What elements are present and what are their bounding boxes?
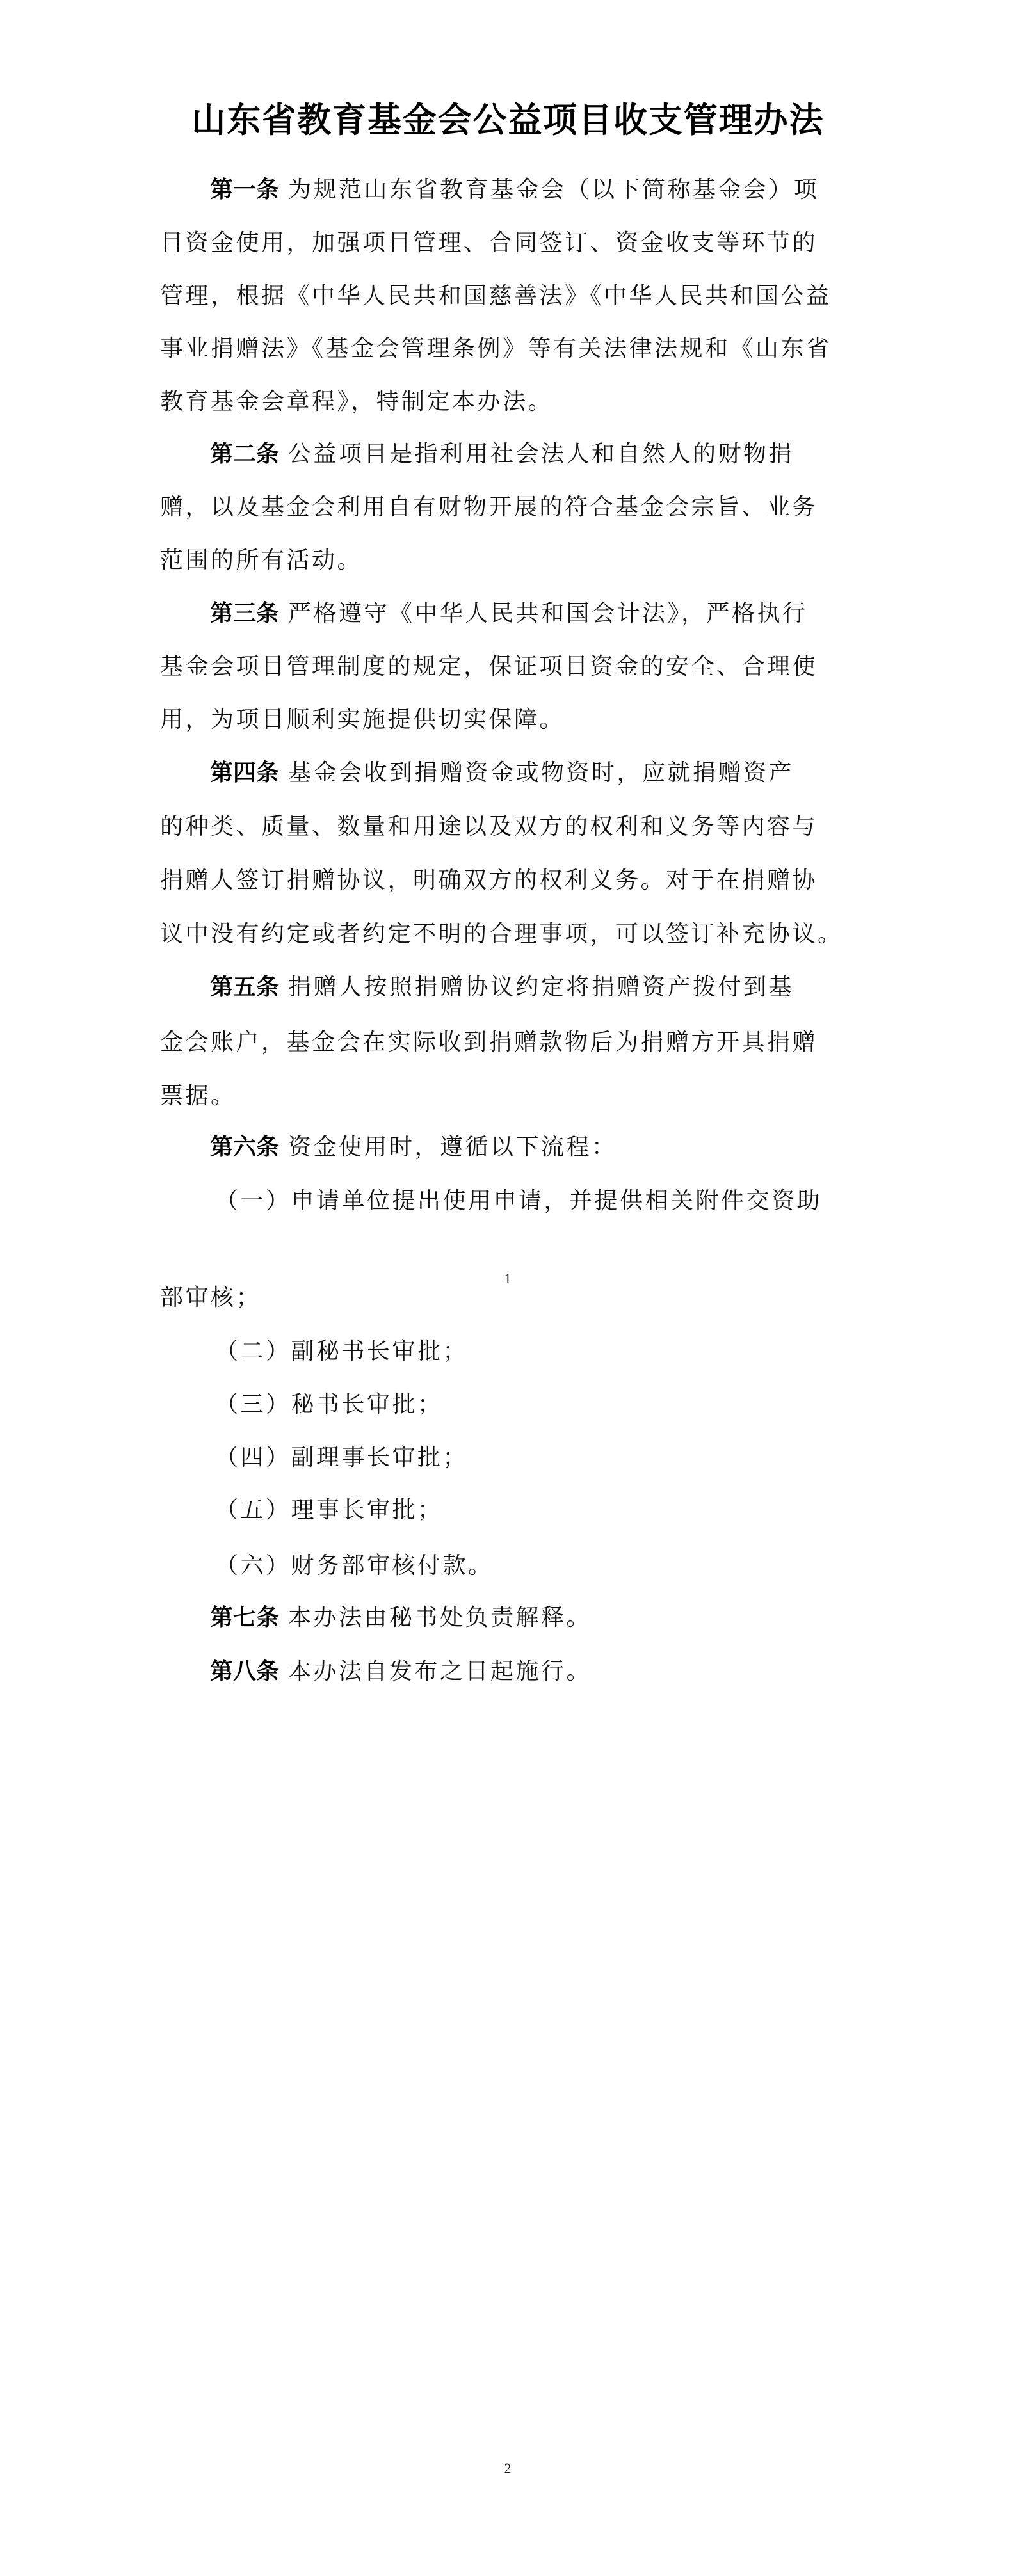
article-text: 严格遵守《中华人民共和国会计法》，严格执行 <box>288 600 808 627</box>
article-4-line-3: 捐赠人签订捐赠协议，明确双方的权利义务。对于在捐赠协 <box>160 865 818 897</box>
document-title: 山东省教育基金会公益项目收支管理办法 <box>10 97 1006 142</box>
step-4: （四）副理事长审批； <box>215 1442 468 1474</box>
article-label: 第七条 <box>210 1604 279 1631</box>
article-2-line-3: 范围的所有活动。 <box>160 545 362 577</box>
step-1-line-2: 部审核； <box>160 1282 261 1314</box>
article-3-line-1: 第三条严格遵守《中华人民共和国会计法》，严格执行 <box>210 598 808 630</box>
article-1-line-2: 目资金使用，加强项目管理、合同签订、资金收支等环节的 <box>160 227 818 259</box>
article-text: 为规范山东省教育基金会（以下简称基金会）项 <box>288 177 819 203</box>
article-label: 第二条 <box>210 441 279 467</box>
article-text: 本办法自发布之日起施行。 <box>288 1658 592 1684</box>
article-label: 第四条 <box>210 760 279 786</box>
page-number-1: 1 <box>488 1269 527 1288</box>
article-5-line-2: 金会账户，基金会在实际收到捐赠款物后为捐赠方开具捐赠 <box>160 1027 818 1059</box>
document-page: 山东省教育基金会公益项目收支管理办法 第一条为规范山东省教育基金会（以下简称基金… <box>0 0 1016 2576</box>
article-3-line-3: 用，为项目顺利实施提供切实保障。 <box>160 704 565 736</box>
article-text: 基金会收到捐赠资金或物资时，应就捐赠资产 <box>288 760 794 786</box>
article-text: 公益项目是指利用社会法人和自然人的财物捐 <box>288 441 794 467</box>
article-6-line-1: 第六条资金使用时，遵循以下流程： <box>210 1132 617 1164</box>
article-3-line-2: 基金会项目管理制度的规定，保证项目资金的安全、合理使 <box>160 651 818 683</box>
article-4-line-2: 的种类、质量、数量和用途以及双方的权利和义务等内容与 <box>160 811 818 843</box>
step-6: （六）财务部审核付款。 <box>215 1550 494 1582</box>
article-4-line-1: 第四条基金会收到捐赠资金或物资时，应就捐赠资产 <box>210 757 794 789</box>
article-7-line-1: 第七条本办法由秘书处负责解释。 <box>210 1602 592 1634</box>
article-1-line-1: 第一条为规范山东省教育基金会（以下简称基金会）项 <box>210 174 819 206</box>
article-label: 第六条 <box>210 1134 279 1160</box>
article-8-line-1: 第八条本办法自发布之日起施行。 <box>210 1656 592 1688</box>
article-label: 第一条 <box>210 177 279 203</box>
article-text: 本办法由秘书处负责解释。 <box>288 1604 592 1631</box>
article-label: 第八条 <box>210 1658 279 1684</box>
page-number-2: 2 <box>488 2459 527 2478</box>
article-5-line-1: 第五条捐赠人按照捐赠协议约定将捐赠资产拨付到基 <box>210 972 794 1004</box>
article-label: 第五条 <box>210 974 279 1000</box>
article-4-line-4: 议中没有约定或者约定不明的合理事项，可以签订补充协议。 <box>160 918 843 950</box>
article-2-line-1: 第二条公益项目是指利用社会法人和自然人的财物捐 <box>210 438 794 470</box>
article-text: 资金使用时，遵循以下流程： <box>288 1134 617 1160</box>
step-3: （三）秘书长审批； <box>215 1389 443 1421</box>
step-2: （二）副秘书长审批； <box>215 1336 468 1368</box>
article-1-line-4: 事业捐赠法》《基金会管理条例》等有关法律法规和《山东省 <box>160 333 832 365</box>
article-2-line-2: 赠，以及基金会利用自有财物开展的符合基金会宗旨、业务 <box>160 492 818 524</box>
article-5-line-3: 票据。 <box>160 1080 236 1112</box>
article-text: 捐赠人按照捐赠协议约定将捐赠资产拨付到基 <box>288 974 794 1000</box>
article-1-line-5: 教育基金会章程》，特制定本办法。 <box>160 386 553 418</box>
article-1-line-3: 管理，根据《中华人民共和国慈善法》《中华人民共和国公益 <box>160 280 832 312</box>
step-1-line-1: （一）申请单位提出使用申请，并提供相关附件交资助 <box>215 1185 822 1217</box>
article-label: 第三条 <box>210 600 279 627</box>
step-5: （五）理事长审批； <box>215 1494 443 1526</box>
